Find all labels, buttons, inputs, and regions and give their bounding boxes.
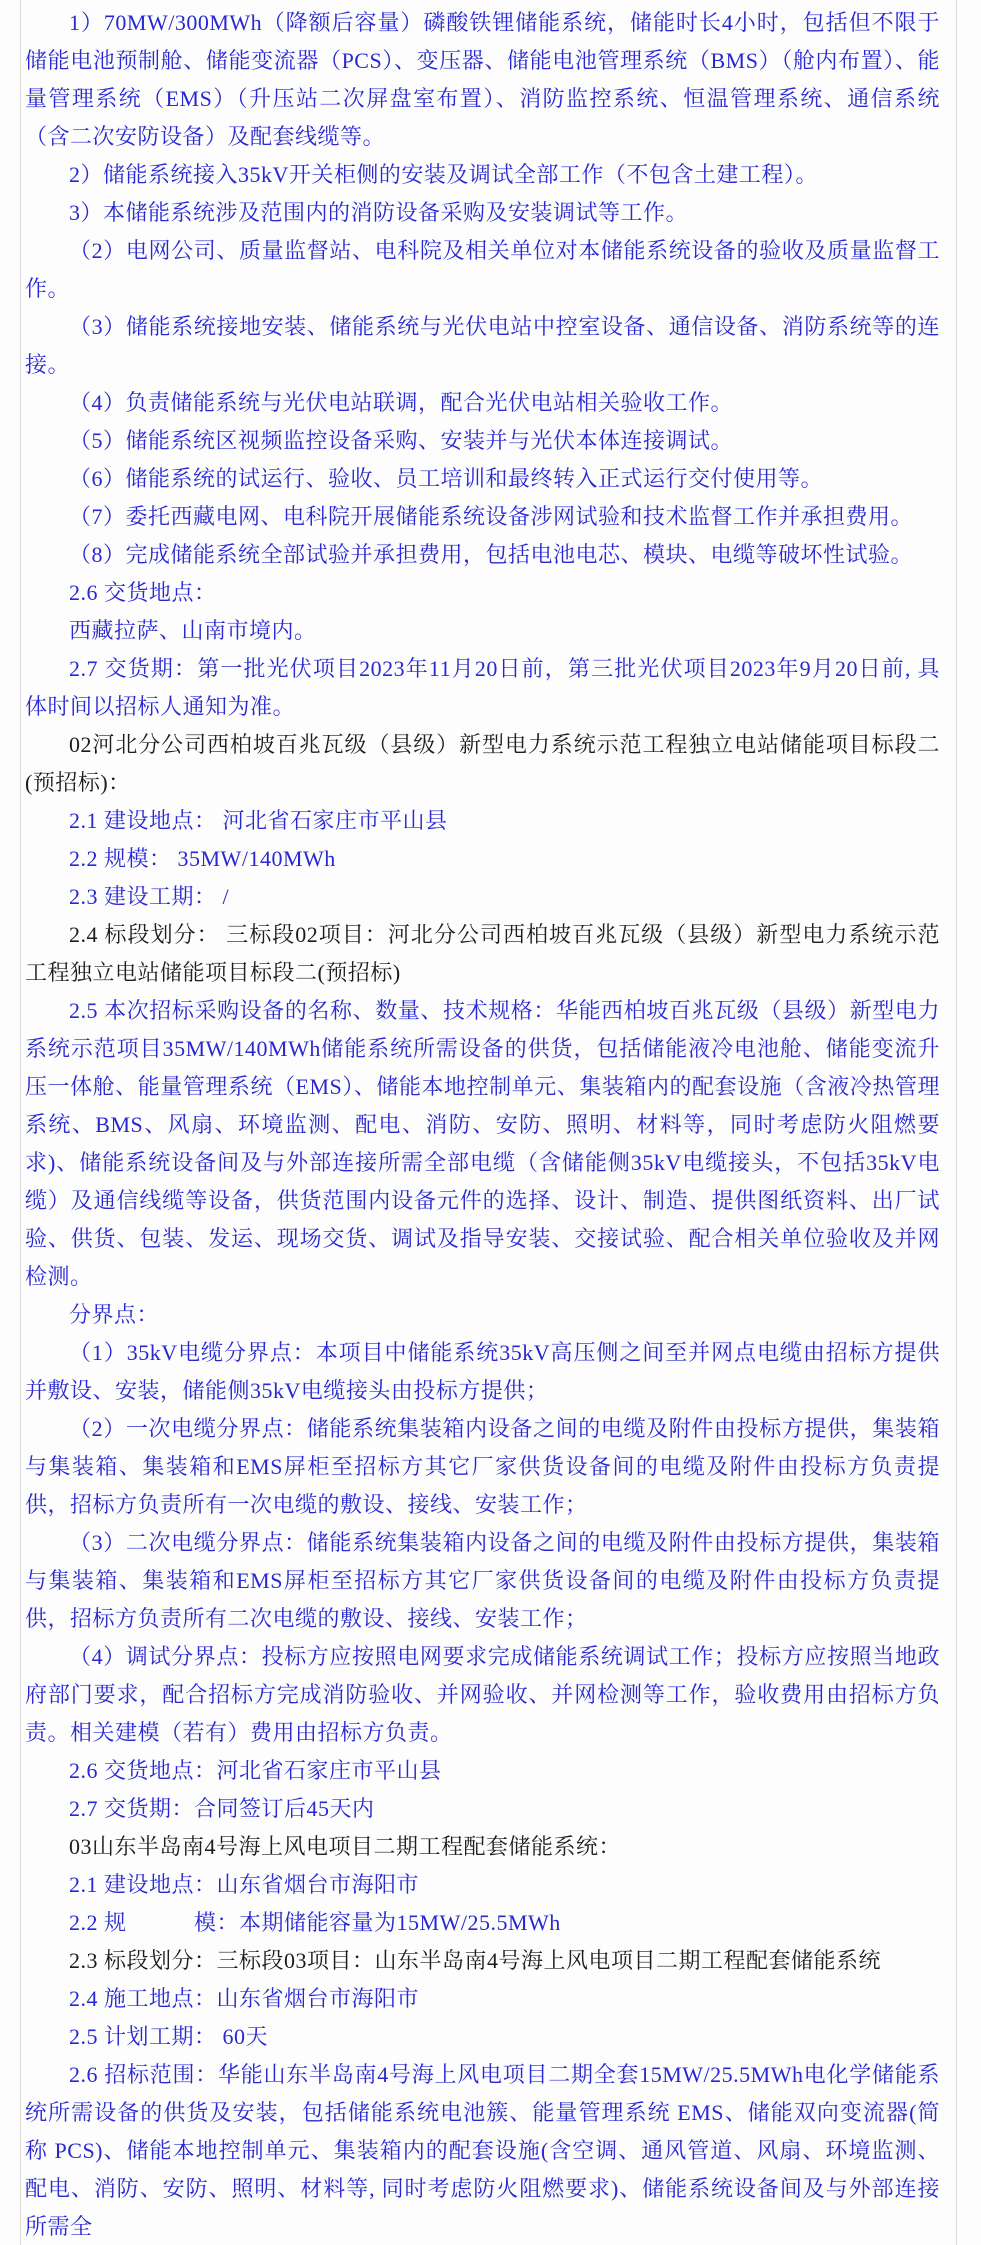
paragraph: 2.2 规 模：本期储能容量为15MW/25.5MWh (25, 1904, 940, 1942)
paragraph: （4）调试分界点：投标方应按照电网要求完成储能系统调试工作；投标方应按照当地政府… (25, 1638, 940, 1752)
paragraph: 03山东半岛南4号海上风电项目二期工程配套储能系统： (25, 1828, 940, 1866)
paragraph: 2）储能系统接入35kV开关柜侧的安装及调试全部工作（不包含土建工程）。 (25, 156, 940, 194)
paragraph: （4）负责储能系统与光伏电站联调，配合光伏电站相关验收工作。 (25, 384, 940, 422)
paragraph: 2.1 建设地点： 河北省石家庄市平山县 (25, 802, 940, 840)
paragraph: 2.3 建设工期： / (25, 878, 940, 916)
document-content: 1）70MW/300MWh（降额后容量）磷酸铁锂储能系统，储能时长4小时，包括但… (25, 4, 940, 2245)
paragraph: （5）储能系统区视频监控设备采购、安装并与光伏本体连接调试。 (25, 422, 940, 460)
paragraph: （3）储能系统接地安装、储能系统与光伏电站中控室设备、通信设备、消防系统等的连接… (25, 308, 940, 384)
paragraph: 2.3 标段划分：三标段03项目：山东半岛南4号海上风电项目二期工程配套储能系统 (25, 1942, 940, 1980)
paragraph: 2.4 标段划分： 三标段02项目：河北分公司西柏坡百兆瓦级（县级）新型电力系统… (25, 916, 940, 992)
paragraph: 2.1 建设地点：山东省烟台市海阳市 (25, 1866, 940, 1904)
paragraph: 2.5 计划工期： 60天 (25, 2018, 940, 2056)
paragraph: （6）储能系统的试运行、验收、员工培训和最终转入正式运行交付使用等。 (25, 460, 940, 498)
paragraph: 1）70MW/300MWh（降额后容量）磷酸铁锂储能系统，储能时长4小时，包括但… (25, 4, 940, 156)
left-divider-line (20, 0, 21, 2245)
paragraph: （2）电网公司、质量监督站、电科院及相关单位对本储能系统设备的验收及质量监督工作… (25, 232, 940, 308)
paragraph: 2.2 规模： 35MW/140MWh (25, 840, 940, 878)
paragraph: （1）35kV电缆分界点：本项目中储能系统35kV高压侧之间至并网点电缆由招标方… (25, 1334, 940, 1410)
paragraph: 西藏拉萨、山南市境内。 (25, 612, 940, 650)
paragraph: （3）二次电缆分界点：储能系统集装箱内设备之间的电缆及附件由投标方提供，集装箱与… (25, 1524, 940, 1638)
paragraph: 2.6 交货地点：河北省石家庄市平山县 (25, 1752, 940, 1790)
paragraph: 2.4 施工地点：山东省烟台市海阳市 (25, 1980, 940, 2018)
paragraph: 分界点： (25, 1296, 940, 1334)
paragraph: 2.7 交货期：第一批光伏项目2023年11月20日前，第三批光伏项目2023年… (25, 650, 940, 726)
paragraph: 2.6 招标范围：华能山东半岛南4号海上风电项目二期全套15MW/25.5MWh… (25, 2056, 940, 2245)
right-divider-line (956, 0, 957, 2245)
paragraph: 2.5 本次招标采购设备的名称、数量、技术规格：华能西柏坡百兆瓦级（县级）新型电… (25, 992, 940, 1296)
paragraph: （8）完成储能系统全部试验并承担费用，包括电池电芯、模块、电缆等破坏性试验。 (25, 536, 940, 574)
paragraph: 2.7 交货期：合同签订后45天内 (25, 1790, 940, 1828)
paragraph: （7）委托西藏电网、电科院开展储能系统设备涉网试验和技术监督工作并承担费用。 (25, 498, 940, 536)
document-page: 1）70MW/300MWh（降额后容量）磷酸铁锂储能系统，储能时长4小时，包括但… (0, 0, 981, 2245)
paragraph: 02河北分公司西柏坡百兆瓦级（县级）新型电力系统示范工程独立电站储能项目标段二(… (25, 726, 940, 802)
paragraph: 3）本储能系统涉及范围内的消防设备采购及安装调试等工作。 (25, 194, 940, 232)
paragraph: （2）一次电缆分界点：储能系统集装箱内设备之间的电缆及附件由投标方提供，集装箱与… (25, 1410, 940, 1524)
paragraph: 2.6 交货地点： (25, 574, 940, 612)
